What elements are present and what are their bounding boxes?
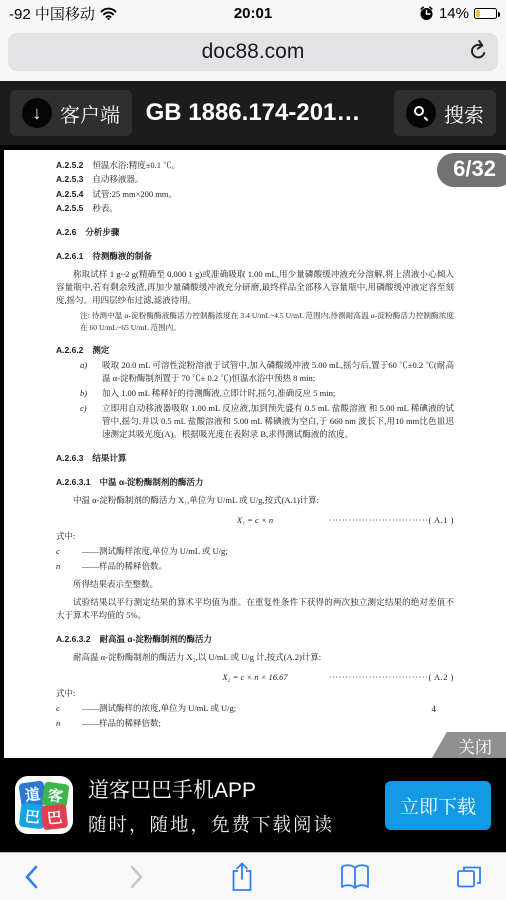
bookmarks-button[interactable] [339, 863, 371, 891]
document-line: 耐高温 α-淀粉酶制剂的酶活力 X₂,以 U/mL 或 U/g 计,按式(A.2… [56, 651, 454, 664]
document-line: A.2.6.1待测酶液的制备 [56, 250, 454, 263]
promo-title: 道客巴巴手机APP [88, 774, 334, 804]
document-line: 式中: [56, 687, 454, 700]
document-line: A.2.6分析步骤 [56, 226, 454, 239]
document-line: b)加入 1.00 mL 稀释好的待测酶液,立即计时,摇匀,准确反应 5 min… [56, 387, 454, 400]
document-content: A.2.5.2恒温水浴:精度±0.1 ℃。A.2.5.3自动移液器。A.2.5.… [4, 150, 506, 730]
page-indicator-badge: 6/32 [437, 153, 506, 187]
download-circle-icon: ↓ [22, 98, 52, 128]
document-line: A.2.6.3.2耐高温 α-淀粉酶制剂的酶活力 [56, 633, 454, 646]
iphone-safari-screen: -92 中国移动 20:01 14% doc88.com ↻ [0, 0, 506, 900]
search-label: 搜索 [444, 99, 484, 128]
doc88-header: ↓ 客户端 GB 1886.174-201… 搜索 [0, 81, 506, 145]
alarm-clock-icon [419, 6, 434, 21]
document-line: 注: 待测中温 α-淀粉酶酶液酶活力控制酶浓度在 3.4 U/mL~4.5 U/… [80, 310, 454, 333]
document-line: X₁ = c × n······························… [56, 514, 454, 527]
app-icon-tile: 巴 [41, 804, 68, 830]
promo-subtitle: 随时，随地，免费下载阅读 [88, 811, 334, 837]
document-line: 试验结果以平行测定结果的算术平均值为准。在重复性条件下获得的两次独立测定结果的绝… [56, 596, 454, 622]
document-line: n——样品的稀释倍数。 [56, 560, 454, 573]
search-icon [406, 98, 436, 128]
back-button[interactable] [22, 863, 42, 891]
document-line: c——测试酶样浓度,单位为 U/mL 或 U/g; [56, 545, 454, 558]
document-line: c)立即用自动移液器吸取 1.00 mL 反应液,加到预先盛有 0.5 mL 盐… [56, 402, 454, 441]
search-button[interactable]: 搜索 [394, 90, 496, 136]
document-line: 称取试样 1 g~2 g(精确至 0.000 1 g)或准确吸取 1.00 mL… [56, 268, 454, 307]
document-line: 中温 α-淀粉酶制剂的酶活力 X₁,单位为 U/mL 或 U/g,按式(A.1)… [56, 494, 454, 507]
document-line: 式中: [56, 530, 454, 543]
forward-button[interactable] [126, 863, 146, 891]
tabs-button[interactable] [454, 863, 484, 891]
printed-page-number: 4 [432, 704, 437, 714]
address-bar[interactable]: doc88.com ↻ [8, 33, 498, 71]
download-now-button[interactable]: 立即下载 [385, 781, 491, 830]
document-line: n——样品的稀释倍数; [56, 717, 454, 730]
document-viewer[interactable]: A.2.5.2恒温水浴:精度±0.1 ℃。A.2.5.3自动移液器。A.2.5.… [0, 145, 506, 758]
safari-toolbar [0, 852, 506, 900]
battery-icon [474, 8, 497, 19]
document-line: A.2.6.2测定 [56, 344, 454, 357]
document-line: 所得结果表示至整数。 [56, 578, 454, 591]
url-text: doc88.com [202, 40, 305, 64]
document-page: A.2.5.2恒温水浴:精度±0.1 ℃。A.2.5.3自动移液器。A.2.5.… [4, 150, 506, 758]
browser-chrome: doc88.com ↻ [0, 27, 506, 81]
close-button[interactable]: 关闭 [432, 732, 506, 758]
document-line: a)吸取 20.0 mL 可溶性淀粉溶液于试管中,加入磷酸缓冲液 5.00 mL… [56, 359, 454, 385]
client-app-label: 客户端 [60, 99, 120, 128]
document-line: A.2.6.3结果计算 [56, 452, 454, 465]
app-promo-banner[interactable]: 道客巴巴 道客巴巴手机APP 随时，随地，免费下载阅读 立即下载 [0, 758, 506, 852]
share-button[interactable] [229, 861, 255, 893]
document-line: X₂ = c × n × 16.67······················… [56, 671, 454, 684]
document-line: A.2.5.5秒表。 [56, 202, 454, 215]
document-line: A.2.5.4试管:25 mm×200 mm。 [56, 188, 454, 201]
battery-percent-label: 14% [439, 5, 469, 22]
reload-icon[interactable]: ↻ [459, 35, 494, 68]
client-app-button[interactable]: ↓ 客户端 [10, 90, 132, 136]
document-line: c——测试酶样的浓度,单位为 U/mL 或 U/g; [56, 702, 454, 715]
document-line: A.2.5.3自动移液器。 [56, 173, 454, 186]
status-bar: -92 中国移动 20:01 14% [0, 0, 506, 27]
document-line: A.2.5.2恒温水浴:精度±0.1 ℃。 [56, 159, 454, 172]
document-line: A.2.6.3.1中温 α-淀粉酶制剂的酶活力 [56, 476, 454, 489]
doc88-app-icon: 道客巴巴 [15, 776, 73, 834]
